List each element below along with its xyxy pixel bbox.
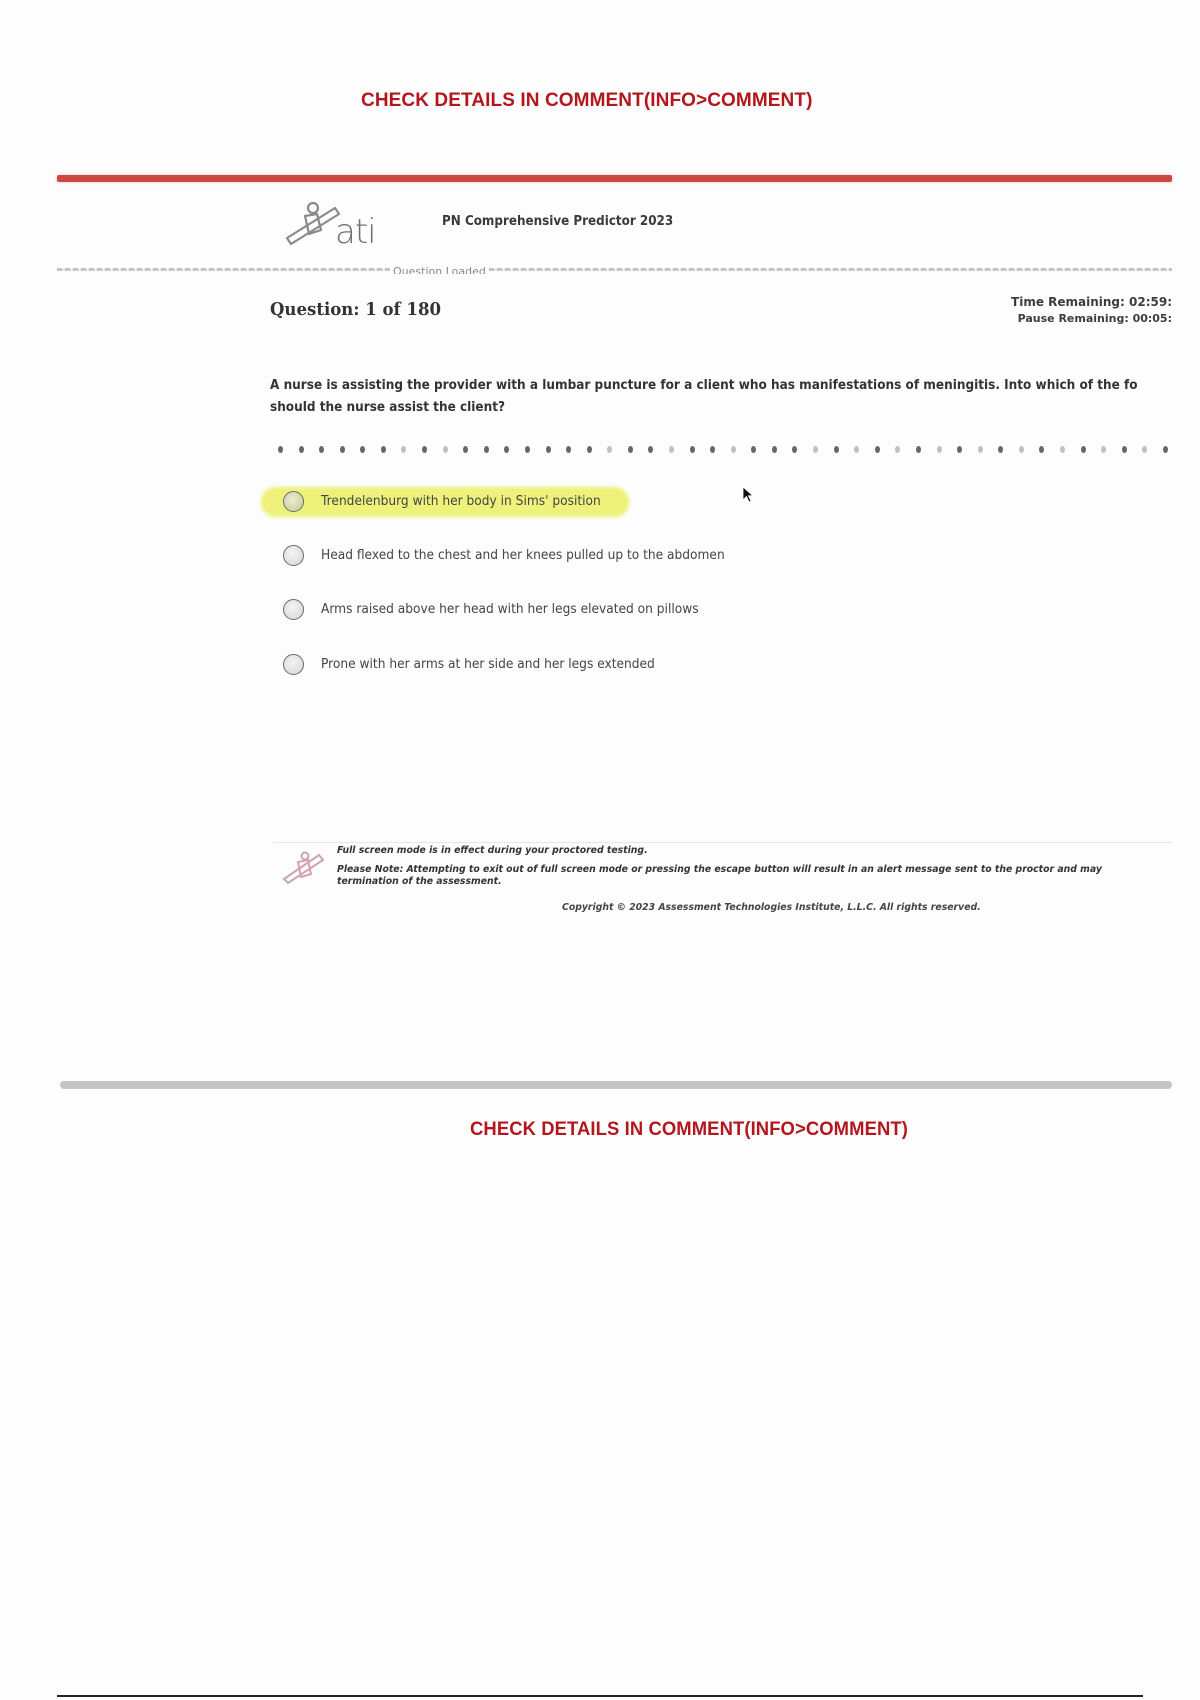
separator-dot xyxy=(1122,446,1127,453)
separator-dot xyxy=(340,446,345,453)
separator-dot xyxy=(381,446,386,453)
question-stem-line-1: A nurse is assisting the provider with a… xyxy=(270,375,1126,397)
separator-dot xyxy=(422,446,427,453)
separator-dot xyxy=(607,446,612,453)
separator-dot xyxy=(463,446,468,453)
logo-text: ati xyxy=(335,212,376,252)
separator-dot xyxy=(792,446,797,453)
escape-warning-continued: termination of the assessment. xyxy=(337,876,502,887)
separator-dot xyxy=(546,446,551,453)
ati-runner-logo-icon xyxy=(281,850,327,886)
separator-dot xyxy=(875,446,880,453)
separator-dot xyxy=(319,446,324,453)
answer-option-1[interactable]: Trendelenburg with her body in Sims' pos… xyxy=(283,486,619,516)
separator-dot xyxy=(772,446,777,453)
separator-dot xyxy=(690,446,695,453)
separator-dot xyxy=(1142,446,1147,453)
header-accent-bar xyxy=(57,175,1172,182)
copyright-notice: Copyright © 2023 Assessment Technologies… xyxy=(562,902,981,913)
question-stem: A nurse is assisting the provider with a… xyxy=(270,375,1190,419)
radio-button[interactable] xyxy=(283,654,304,675)
separator-dot xyxy=(834,446,839,453)
question-counter: Question: 1 of 180 xyxy=(270,299,441,320)
separator-dot xyxy=(504,446,509,453)
separator-dot xyxy=(1019,446,1024,453)
separator-dot xyxy=(648,446,653,453)
timer-panel: Time Remaining: 02:59: Pause Remaining: … xyxy=(1011,294,1172,326)
separator-dot xyxy=(1060,446,1065,453)
footer-divider xyxy=(273,842,1172,843)
separator-dot xyxy=(278,446,283,453)
separator-dot xyxy=(978,446,983,453)
question-stem-line-2: should the nurse assist the client? xyxy=(270,397,1126,419)
radio-button[interactable] xyxy=(283,545,304,566)
separator-dot xyxy=(401,446,406,453)
answer-option-4[interactable]: Prone with her arms at her side and her … xyxy=(283,649,676,679)
page-divider xyxy=(60,1081,1172,1089)
page-bottom-rule xyxy=(57,1695,1143,1697)
answer-option-label: Arms raised above her head with her legs… xyxy=(321,602,699,617)
pause-remaining: Pause Remaining: 00:05: xyxy=(1011,311,1172,326)
separator-dot xyxy=(813,446,818,453)
escape-warning: Please Note: Attempting to exit out of f… xyxy=(337,864,1102,875)
separator-dot xyxy=(731,446,736,453)
separator-dot xyxy=(854,446,859,453)
separator-dot xyxy=(751,446,756,453)
answer-option-label: Prone with her arms at her side and her … xyxy=(321,657,655,672)
separator-dot xyxy=(484,446,489,453)
mouse-cursor-icon xyxy=(742,486,756,504)
comment-banner-bottom: CHECK DETAILS IN COMMENT(INFO>COMMENT) xyxy=(470,1119,908,1141)
separator-dot xyxy=(710,446,715,453)
ati-runner-logo-icon xyxy=(283,200,343,250)
separator-dot xyxy=(566,446,571,453)
answer-option-2[interactable]: Head flexed to the chest and her knees p… xyxy=(283,540,750,570)
separator-dot xyxy=(998,446,1003,453)
separator-dot xyxy=(895,446,900,453)
header-divider xyxy=(57,268,1172,271)
separator-dot xyxy=(916,446,921,453)
ati-logo: ati xyxy=(283,196,393,258)
separator-dot xyxy=(299,446,304,453)
answer-option-3[interactable]: Arms raised above her head with her legs… xyxy=(283,594,723,624)
separator-dot xyxy=(937,446,942,453)
separator-dot xyxy=(628,446,633,453)
separator-dot xyxy=(587,446,592,453)
separator-dot xyxy=(360,446,365,453)
separator-dot xyxy=(525,446,530,453)
separator-dot xyxy=(957,446,962,453)
fullscreen-notice: Full screen mode is in effect during you… xyxy=(337,845,648,856)
dotted-separator xyxy=(278,446,1168,456)
separator-dot xyxy=(1101,446,1106,453)
radio-button[interactable] xyxy=(283,599,304,620)
separator-dot xyxy=(443,446,448,453)
time-remaining: Time Remaining: 02:59: xyxy=(1011,294,1172,311)
answer-option-label: Head flexed to the chest and her knees p… xyxy=(321,548,725,563)
comment-banner-top: CHECK DETAILS IN COMMENT(INFO>COMMENT) xyxy=(361,90,813,112)
separator-dot xyxy=(1081,446,1086,453)
radio-button[interactable] xyxy=(283,491,304,512)
separator-dot xyxy=(1039,446,1044,453)
separator-dot xyxy=(1163,446,1168,453)
question-status-label: Question Loaded xyxy=(390,264,489,274)
exam-title: PN Comprehensive Predictor 2023 xyxy=(442,214,673,229)
answer-option-label: Trendelenburg with her body in Sims' pos… xyxy=(321,494,601,509)
separator-dot xyxy=(669,446,674,453)
